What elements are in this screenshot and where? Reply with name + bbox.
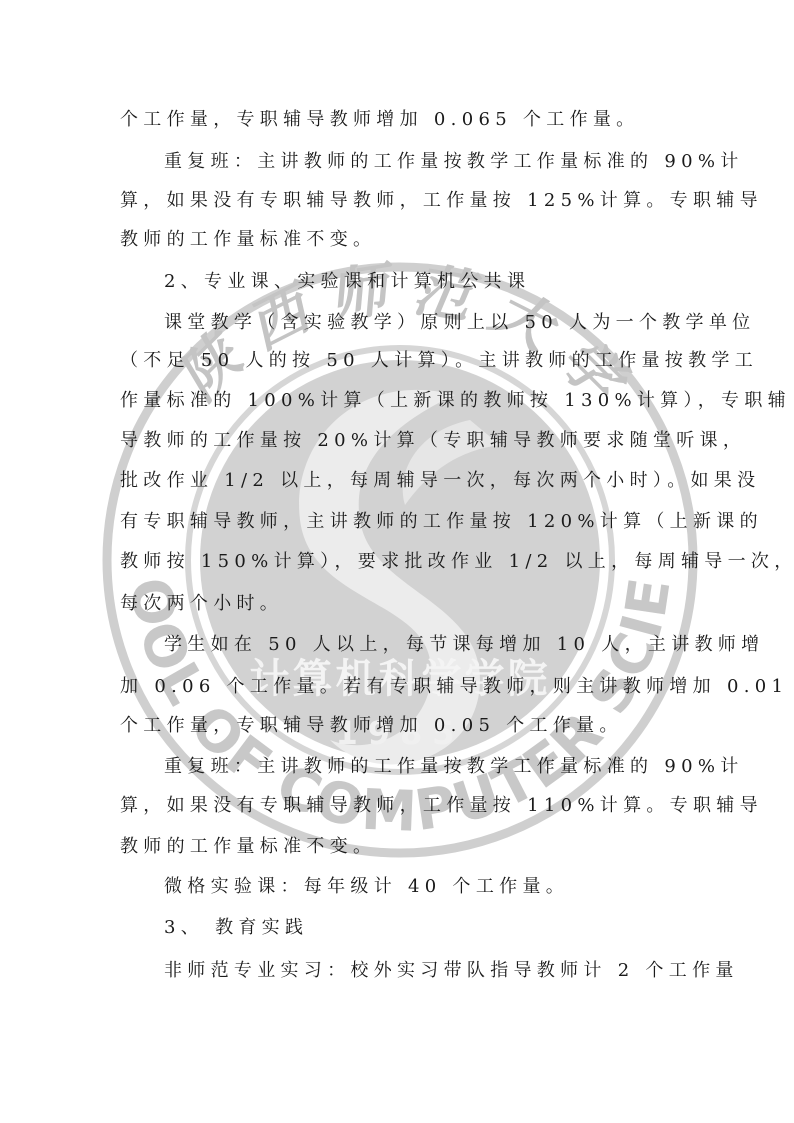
paragraph-line: （不足 50 人的按 50 人计算）。主讲教师的工作量按教学工 — [120, 349, 758, 373]
paragraph-line: 算，如果没有专职辅导教师，工作量按 110%计算。专职辅导 — [120, 794, 763, 818]
paragraph-line: 学生如在 50 人以上，每节课每增加 10 人，主讲教师增 — [164, 633, 764, 657]
document-page: 陕 西 师 范 大 学 SCHOOL OF COMPUTER SCIENCE 计… — [0, 0, 794, 1123]
paragraph-line: 教师按 150%计算），要求批改作业 1/2 以上，每周辅导一次， — [120, 550, 794, 574]
paragraph-line: 微格实验课：每年级计 40 个工作量。 — [164, 875, 569, 899]
paragraph-line: 教师的工作量标准不变。 — [120, 835, 376, 859]
paragraph-line: 非师范专业实习：校外实习带队指导教师计 2 个工作量 — [164, 959, 739, 983]
paragraph-line: 算，如果没有专职辅导教师，工作量按 125%计算。专职辅导 — [120, 189, 763, 213]
paragraph-line: 批改作业 1/2 以上，每周辅导一次，每次两个小时）。如果没 — [120, 469, 760, 493]
paragraph-line: 加 0.06 个工作量。若有专职辅导教师，则主讲教师增加 0.01 — [120, 675, 788, 699]
paragraph-line: 个工作量，专职辅导教师增加 0.065 个工作量。 — [120, 108, 639, 132]
paragraph-line: 重复班：主讲教师的工作量按教学工作量标准的 90%计 — [164, 150, 744, 174]
paragraph-line: 导教师的工作量按 20%计算（专职辅导教师要求随堂听课， — [120, 429, 746, 453]
section-heading: 2、专业课、实验课和计算机公共课 — [164, 270, 530, 294]
paragraph-line: 课堂教学（含实验教学）原则上以 50 人为一个教学单位 — [164, 311, 755, 335]
paragraph-line: 个工作量，专职辅导教师增加 0.05 个工作量。 — [120, 714, 623, 738]
paragraph-line: 教师的工作量标准不变。 — [120, 228, 376, 252]
section-heading: 3、 教育实践 — [164, 916, 308, 940]
paragraph-line: 重复班：主讲教师的工作量按教学工作量标准的 90%计 — [164, 755, 744, 779]
paragraph-line: 有专职辅导教师，主讲教师的工作量按 120%计算（上新课的 — [120, 510, 763, 534]
paragraph-line: 每次两个小时。 — [120, 592, 283, 616]
paragraph-line: 作量标准的 100%计算（上新课的教师按 130%计算），专职辅 — [120, 389, 791, 413]
